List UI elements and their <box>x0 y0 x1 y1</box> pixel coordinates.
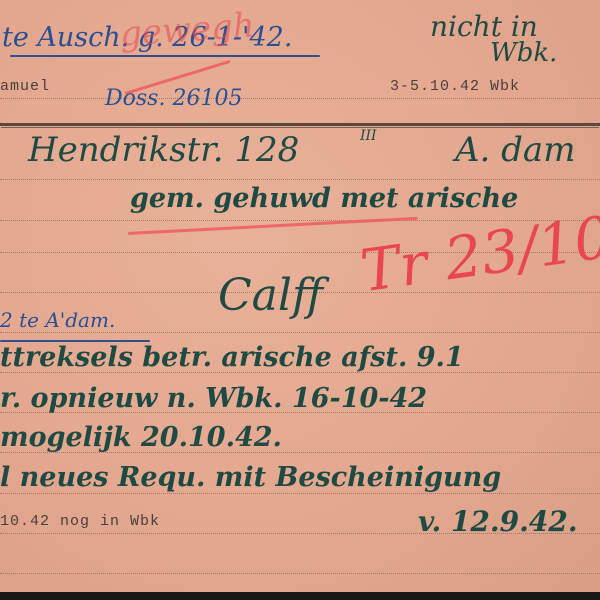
scan-border <box>0 592 600 600</box>
archive-index-card: te Ausch. g. 26-1-'42. gewegh nicht in W… <box>0 0 600 592</box>
footer-typed-note: 10.42 nog in Wbk <box>0 513 160 530</box>
name-field: amuel <box>0 78 50 95</box>
ruled-line <box>0 493 600 494</box>
floor-number: III <box>360 128 377 144</box>
city: A. dam <box>455 130 575 170</box>
entry-line-4: l neues Requ. mit Bescheinigung <box>0 462 501 493</box>
remark-mixed-marriage: gem. gehuwd met arische <box>130 183 518 214</box>
footer-handwritten-date: v. 12.9.42. <box>418 505 578 538</box>
entry-line-2: r. opnieuw n. Wbk. 16-10-42 <box>0 383 427 414</box>
ruled-line <box>0 332 600 333</box>
ruled-line <box>0 573 600 574</box>
top-right-note-line2: Wbk. <box>490 38 557 68</box>
typed-date-location: 3-5.10.42 Wbk <box>390 78 520 95</box>
dossier-number: Doss. 26105 <box>105 86 242 111</box>
entry-line-1: ttreksels betr. arische afst. 9.1 <box>0 342 464 373</box>
blue-note: 2 te A'dam. <box>0 308 115 332</box>
street-address: Hendrikstr. 128 <box>28 130 299 170</box>
header-divider <box>0 123 600 126</box>
entry-line-3: mogelijk 20.10.42. <box>0 422 282 453</box>
ruled-line <box>0 98 600 99</box>
deportation-underline <box>10 55 320 57</box>
signature: Calff <box>218 270 323 321</box>
ruled-line <box>0 179 600 180</box>
